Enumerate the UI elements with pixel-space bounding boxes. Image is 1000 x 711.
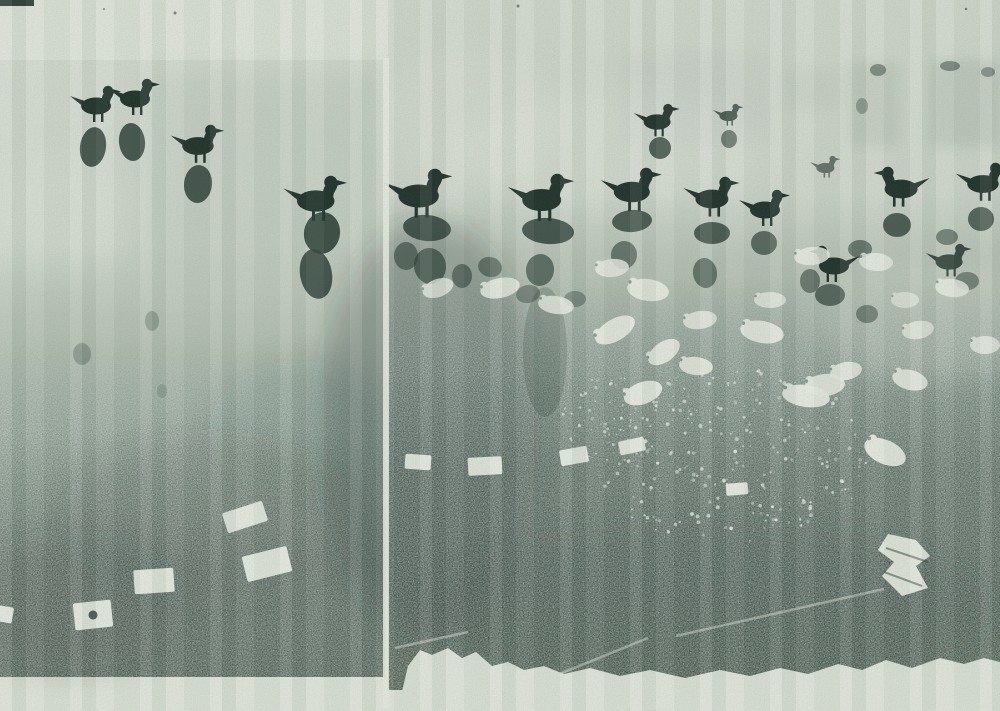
dust-speck [174,12,177,15]
photo-spread [0,0,1000,711]
dust-speck [965,8,967,10]
scan-corner-mark [0,0,34,6]
dust-speck [103,8,105,10]
dust-speck [517,5,520,8]
page-grain [0,0,1000,711]
scanned-photo-page [0,0,1000,711]
